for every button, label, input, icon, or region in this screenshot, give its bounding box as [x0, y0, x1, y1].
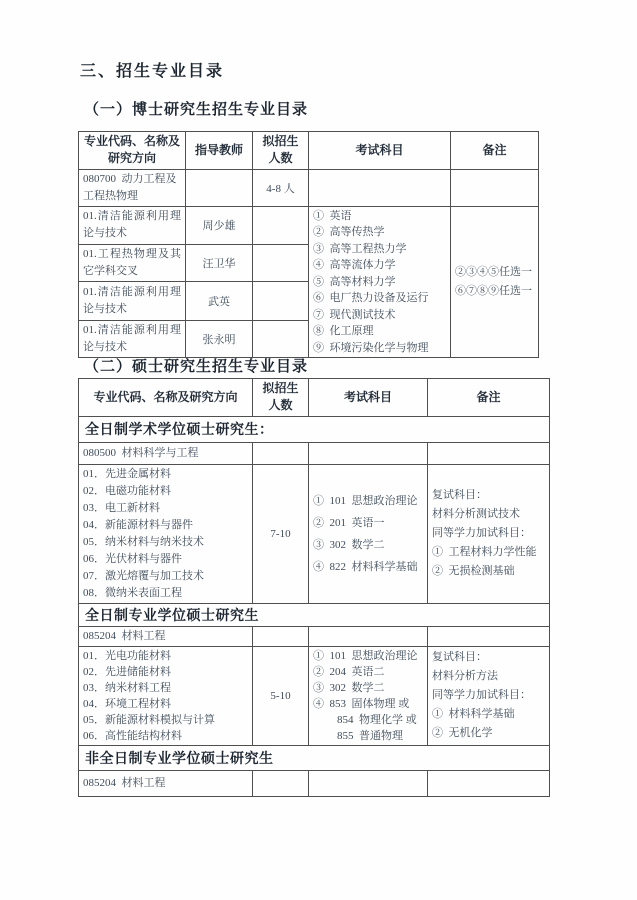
remark-line: 复试科目： [432, 648, 545, 667]
remark-line: ② 无机化学 [432, 724, 545, 743]
document-page: 三、招生专业目录 （一）博士研究生招生专业目录 专业代码、名称及研究方向 指导教… [0, 0, 637, 900]
master-program-code: 085204 材料工程 [79, 626, 253, 646]
direction-item: 05．纳米材料与纳米技术 [83, 534, 248, 551]
exam-subject: ⑤ 高等材料力学 [313, 274, 446, 291]
master-program-code: 085204 材料工程 [79, 770, 253, 796]
directions-cell: 01．光电功能材料02．先进储能材料03．纳米材料工程04．环境工程材料05．新… [79, 646, 253, 745]
direction-item: 07．激光熔覆与加工技术 [83, 568, 248, 585]
master-program-row: 085204 材料工程 [79, 770, 550, 796]
direction-name: 01.清洁能源利用理论与技术 [79, 282, 186, 321]
direction-item: 02．先进储能材料 [83, 664, 248, 680]
remark-line: 材料分析方法 [432, 667, 545, 686]
empty-cell [309, 770, 428, 796]
advisor-name: 周少雄 [186, 206, 253, 244]
remark-line: ① 材料科学基础 [432, 705, 545, 724]
exam-subject-list: ① 101 思想政治理论② 201 英语一③ 302 数学二④ 822 材料科学… [313, 490, 423, 578]
exam-subject: ① 101 思想政治理论 [313, 490, 423, 512]
doctoral-col-header-quota: 拟招生人数 [253, 132, 309, 170]
direction-name: 01.清洁能源利用理论与技术 [79, 206, 186, 244]
empty-cell [309, 442, 428, 464]
doctoral-program-quota: 4-8 人 [253, 169, 309, 206]
remark-line: ① 工程材料力学性能 [432, 543, 545, 562]
program-quota: 5-10 [253, 646, 309, 745]
exam-subject: ③ 高等工程热力学 [313, 241, 446, 258]
doctoral-col-header-advisor: 指导教师 [186, 132, 253, 170]
exam-subject: ④ 853 固体物理 或 [313, 696, 423, 712]
doctoral-catalog-table: 专业代码、名称及研究方向 指导教师 拟招生人数 考试科目 备注 080700 动… [78, 131, 539, 358]
doctoral-col-header-exam: 考试科目 [309, 132, 451, 170]
page-title: 三、招生专业目录 [80, 58, 224, 81]
advisor-name: 武英 [186, 282, 253, 321]
master-directions-row: 01．光电功能材料02．先进储能材料03．纳米材料工程04．环境工程材料05．新… [79, 646, 550, 745]
remark-cell: 复试科目：材料分析方法同等学力加试科目：① 材料科学基础② 无机化学 [428, 646, 550, 745]
section-heading: 非全日制专业学位硕士研究生 [79, 745, 550, 770]
directions-cell: 01．先进金属材料02．电磁功能材料03．电工新材料04．新能源材料与器件05．… [79, 464, 253, 603]
exam-subject: ③ 302 数学二 [313, 680, 423, 696]
empty-cell [428, 626, 550, 646]
direction-item: 01．先进金属材料 [83, 466, 248, 483]
direction-item: 03．电工新材料 [83, 500, 248, 517]
advisor-name: 汪卫华 [186, 244, 253, 282]
direction-item: 06．高性能结构材料 [83, 728, 248, 744]
exam-subject: 854 物理化学 或 [313, 712, 423, 728]
direction-item: 02．电磁功能材料 [83, 483, 248, 500]
section-heading-row-parttime-professional: 非全日制专业学位硕士研究生 [79, 745, 550, 770]
section-heading: 全日制专业学位硕士研究生 [79, 603, 550, 626]
doctoral-remark-list: ②③④⑤任选一⑥⑦⑧⑨任选一 [455, 263, 534, 301]
direction-name: 01.清洁能源利用理论与技术 [79, 320, 186, 358]
exam-subject: ② 204 英语二 [313, 664, 423, 680]
empty-cell [451, 169, 539, 206]
master-program-code: 080500 材料科学与工程 [79, 442, 253, 464]
master-col-header-code: 专业代码、名称及研究方向 [79, 379, 253, 417]
section-heading: 全日制学术学位硕士研究生： [79, 416, 550, 442]
exam-subject: ② 高等传热学 [313, 224, 446, 241]
exam-subject: 855 普通物理 [313, 728, 423, 744]
exam-subject-list: ① 101 思想政治理论② 204 英语二③ 302 数学二④ 853 固体物理… [313, 648, 423, 744]
empty-cell [253, 770, 309, 796]
remark-list: 复试科目：材料分析方法同等学力加试科目：① 材料科学基础② 无机化学 [432, 648, 545, 743]
advisor-name: 张永明 [186, 320, 253, 358]
doctoral-remark-cell: ②③④⑤任选一⑥⑦⑧⑨任选一 [451, 206, 539, 358]
master-section-title: （二）硕士研究生招生专业目录 [84, 355, 308, 376]
remark-cell: 复试科目：材料分析测试技术同等学力加试科目：① 工程材料力学性能② 无损检测基础 [428, 464, 550, 603]
direction-item: 04．新能源材料与器件 [83, 517, 248, 534]
remark-line: ②③④⑤任选一 [455, 263, 534, 282]
direction-item: 03．纳米材料工程 [83, 680, 248, 696]
doctoral-col-header-code: 专业代码、名称及研究方向 [79, 132, 186, 170]
remark-line: 复试科目： [432, 486, 545, 505]
doctoral-header-row: 专业代码、名称及研究方向 指导教师 拟招生人数 考试科目 备注 [79, 132, 539, 170]
master-col-header-remark: 备注 [428, 379, 550, 417]
exam-subject: ① 101 思想政治理论 [313, 648, 423, 664]
doctoral-program-code: 080700 动力工程及工程热物理 [79, 169, 186, 206]
remark-list: 复试科目：材料分析测试技术同等学力加试科目：① 工程材料力学性能② 无损检测基础 [432, 486, 545, 581]
empty-cell [253, 206, 309, 244]
master-col-header-quota: 拟招生人数 [253, 379, 309, 417]
master-program-row: 080500 材料科学与工程 [79, 442, 550, 464]
doctoral-program-row: 080700 动力工程及工程热物理 4-8 人 [79, 169, 539, 206]
program-quota: 7-10 [253, 464, 309, 603]
exam-subject: ⑧ 化工原理 [313, 323, 446, 340]
direction-list: 01．光电功能材料02．先进储能材料03．纳米材料工程04．环境工程材料05．新… [83, 648, 248, 744]
direction-item: 06．光伏材料与器件 [83, 551, 248, 568]
empty-cell [253, 442, 309, 464]
empty-cell [428, 442, 550, 464]
direction-item: 04．环境工程材料 [83, 696, 248, 712]
direction-name: 01.工程热物理及其它学科交叉 [79, 244, 186, 282]
doctoral-section-title: （一）博士研究生招生专业目录 [84, 98, 308, 119]
empty-cell [186, 169, 253, 206]
remark-line: ② 无损检测基础 [432, 562, 545, 581]
doctoral-direction-row: 01.清洁能源利用理论与技术 周少雄 ① 英语② 高等传热学③ 高等工程热力学④… [79, 206, 539, 244]
direction-item: 05．新能源材料模拟与计算 [83, 712, 248, 728]
empty-cell [253, 320, 309, 358]
exam-subject: ③ 302 数学二 [313, 534, 423, 556]
exam-subject: ④ 822 材料科学基础 [313, 556, 423, 578]
master-program-row: 085204 材料工程 [79, 626, 550, 646]
empty-cell [253, 244, 309, 282]
section-heading-row-fulltime-professional: 全日制专业学位硕士研究生 [79, 603, 550, 626]
master-header-row: 专业代码、名称及研究方向 拟招生人数 考试科目 备注 [79, 379, 550, 417]
empty-cell [309, 626, 428, 646]
exam-subject: ④ 高等流体力学 [313, 257, 446, 274]
doctoral-col-header-remark: 备注 [451, 132, 539, 170]
exam-subject: ⑥ 电厂热力设备及运行 [313, 290, 446, 307]
exam-subject: ⑨ 环境污染化学与物理 [313, 340, 446, 357]
remark-line: ⑥⑦⑧⑨任选一 [455, 282, 534, 301]
exam-subject: ⑦ 现代测试技术 [313, 307, 446, 324]
empty-cell [253, 282, 309, 321]
direction-list: 01．先进金属材料02．电磁功能材料03．电工新材料04．新能源材料与器件05．… [83, 466, 248, 602]
exam-subjects-cell: ① 101 思想政治理论② 204 英语二③ 302 数学二④ 853 固体物理… [309, 646, 428, 745]
doctoral-exam-subjects-cell: ① 英语② 高等传热学③ 高等工程热力学④ 高等流体力学⑤ 高等材料力学⑥ 电厂… [309, 206, 451, 358]
remark-line: 同等学力加试科目： [432, 686, 545, 705]
direction-item: 08．微纳米表面工程 [83, 585, 248, 602]
master-directions-row: 01．先进金属材料02．电磁功能材料03．电工新材料04．新能源材料与器件05．… [79, 464, 550, 603]
doctoral-exam-subject-list: ① 英语② 高等传热学③ 高等工程热力学④ 高等流体力学⑤ 高等材料力学⑥ 电厂… [313, 208, 446, 357]
empty-cell [253, 626, 309, 646]
remark-line: 同等学力加试科目： [432, 524, 545, 543]
exam-subjects-cell: ① 101 思想政治理论② 201 英语一③ 302 数学二④ 822 材料科学… [309, 464, 428, 603]
master-catalog-table: 专业代码、名称及研究方向 拟招生人数 考试科目 备注 全日制学术学位硕士研究生：… [78, 378, 550, 797]
exam-subject: ① 英语 [313, 208, 446, 225]
empty-cell [309, 169, 451, 206]
direction-item: 01．光电功能材料 [83, 648, 248, 664]
remark-line: 材料分析测试技术 [432, 505, 545, 524]
empty-cell [428, 770, 550, 796]
exam-subject: ② 201 英语一 [313, 512, 423, 534]
master-col-header-exam: 考试科目 [309, 379, 428, 417]
section-heading-row-fulltime-academic: 全日制学术学位硕士研究生： [79, 416, 550, 442]
